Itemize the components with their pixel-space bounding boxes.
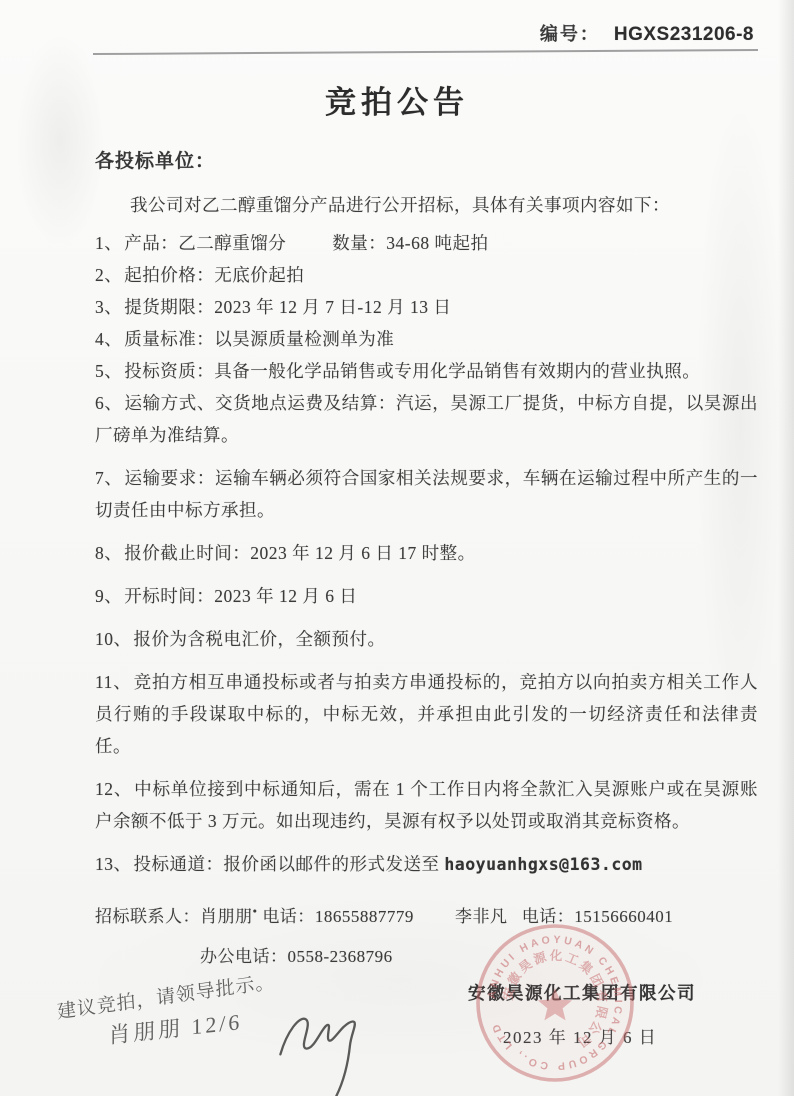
item-number: 1、	[95, 233, 122, 253]
item-text: 报价截止时间：2023 年 12 月 6 日 17 时整。	[124, 543, 475, 563]
items-list: 1、产品：乙二醇重馏分数量：34-68 吨起拍2、起拍价格：无底价起拍3、提货期…	[95, 227, 758, 881]
notice-item: 8、报价截止时间：2023 年 12 月 6 日 17 时整。	[95, 537, 758, 569]
doc-number-row: 编号：HGXS231206-8	[0, 0, 794, 46]
notice-item: 3、提货期限：2023 年 12 月 7 日-12 月 13 日	[95, 291, 758, 323]
item-text: 运输要求：运输车辆必须符合国家相关法规要求，车辆在运输过程中所产生的一切责任由中…	[95, 468, 758, 520]
document-date: 2023 年 12 月 6 日	[503, 1023, 657, 1048]
item-text: 报价为含税电汇价，全额预付。	[134, 629, 386, 649]
company-name: 安徽昊源化工集团有限公司	[468, 980, 696, 1005]
item-text: 投标通道：报价函以邮件的形式发送至	[134, 854, 445, 874]
item-number: 4、	[95, 329, 122, 349]
signature-scribble-icon	[268, 995, 388, 1096]
office-phone-row: 办公电话：0558-2368796	[200, 942, 758, 967]
notice-item: 5、投标资质：具备一般化学品销售或专用化学品销售有效期内的营业执照。	[95, 355, 758, 387]
header-rule	[93, 49, 758, 55]
page-title: 竞拍公告	[0, 77, 794, 122]
item-number: 7、	[95, 468, 122, 488]
contact-left-mark: •	[253, 903, 258, 918]
office-phone-label: 办公电话：	[200, 947, 288, 966]
item-text: 中标单位接到中标通知后，需在 1 个工作日内将全款汇入昊源账户或在昊源账户余额不…	[95, 779, 758, 831]
contacts-row: 招标联系人：肖朋朋• 电话：18655887779 李非凡 电话：1515666…	[95, 902, 758, 927]
contact-right-phone-label: 电话：	[522, 907, 575, 926]
item-number: 9、	[95, 586, 122, 606]
item-number: 5、	[95, 361, 122, 381]
contact-left-phone: 18655887779	[315, 907, 414, 926]
item-number: 3、	[95, 297, 122, 317]
item-number: 12、	[95, 779, 132, 799]
item-number: 2、	[95, 265, 122, 285]
item-text: 提货期限：2023 年 12 月 7 日-12 月 13 日	[124, 297, 451, 317]
notice-item: 9、开标时间：2023 年 12 月 6 日	[95, 580, 758, 612]
scanned-document-page: 编号：HGXS231206-8 竞拍公告 各投标单位： 我公司对乙二醇重馏分产品…	[0, 0, 794, 1096]
office-phone: 0558-2368796	[288, 947, 393, 966]
notice-item: 2、起拍价格：无底价起拍	[95, 259, 758, 291]
item-number: 11、	[95, 672, 132, 692]
item-text: 产品：乙二醇重馏分	[124, 233, 286, 253]
notice-item: 10、报价为含税电汇价，全额预付。	[95, 623, 758, 655]
contact-right: 李非凡 电话：15156660401	[455, 902, 673, 927]
salutation: 各投标单位：	[95, 146, 758, 173]
notice-item: 12、中标单位接到中标通知后，需在 1 个工作日内将全款汇入昊源账户或在昊源账户…	[95, 773, 758, 837]
notice-item: 13、投标通道：报价函以邮件的形式发送至 haoyuanhgxs@163.com	[95, 848, 758, 881]
item-text: 起拍价格：无底价起拍	[124, 265, 304, 285]
item-text: 投标资质：具备一般化学品销售或专用化学品销售有效期内的营业执照。	[124, 361, 700, 381]
doc-number-label: 编号：	[540, 24, 600, 44]
contact-right-phone: 15156660401	[574, 907, 673, 926]
email-address: haoyuanhgxs@163.com	[444, 855, 642, 874]
item-number: 10、	[95, 629, 132, 649]
item-number: 13、	[95, 854, 132, 874]
notice-item: 1、产品：乙二醇重馏分数量：34-68 吨起拍	[95, 227, 758, 259]
contact-left: 招标联系人：肖朋朋• 电话：18655887779	[95, 902, 455, 927]
notice-item: 6、运输方式、交货地点运费及结算：汽运，昊源工厂提货，中标方自提，以昊源出厂磅单…	[95, 387, 758, 451]
notice-item: 4、质量标准：以昊源质量检测单为准	[95, 323, 758, 355]
notice-item: 7、运输要求：运输车辆必须符合国家相关法规要求，车辆在运输过程中所产生的一切责任…	[95, 462, 758, 526]
item-number: 6、	[95, 393, 122, 413]
notice-item: 11、竞拍方相互串通投标或者与拍卖方串通投标的，竞拍方以向拍卖方相关工作人员行贿…	[95, 666, 758, 762]
item-text: 开标时间：2023 年 12 月 6 日	[124, 586, 357, 606]
item-text-secondary: 数量：34-68 吨起拍	[332, 233, 488, 253]
item-text: 质量标准：以昊源质量检测单为准	[124, 329, 394, 349]
contact-left-phone-label: 电话：	[262, 907, 315, 926]
doc-number-value: HGXS231206-8	[614, 24, 754, 45]
contact-left-label: 招标联系人：	[95, 907, 200, 926]
contact-left-name: 肖朋朋	[200, 907, 253, 926]
item-text: 竞拍方相互串通投标或者与拍卖方串通投标的，竞拍方以向拍卖方相关工作人员行贿的手段…	[95, 672, 758, 756]
intro-paragraph: 我公司对乙二醇重馏分产品进行公开招标，具体有关事项内容如下：	[95, 190, 758, 220]
contact-right-name: 李非凡	[455, 907, 508, 926]
item-text: 运输方式、交货地点运费及结算：汽运，昊源工厂提货，中标方自提，以昊源出厂磅单为准…	[95, 393, 758, 445]
item-number: 8、	[95, 543, 122, 563]
